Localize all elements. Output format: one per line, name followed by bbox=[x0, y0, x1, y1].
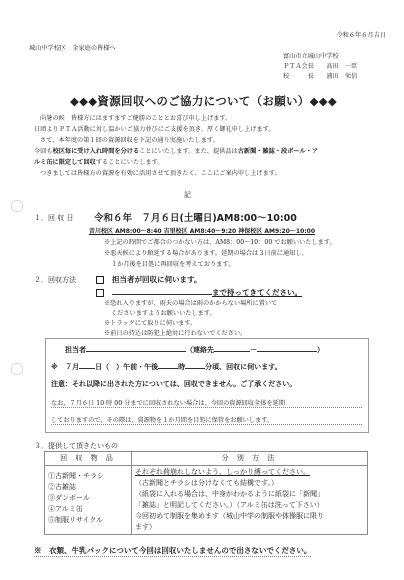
method-line: ます） bbox=[135, 522, 364, 533]
checkbox[interactable] bbox=[96, 289, 104, 297]
intro-line: 向暑の候 皆様方にはますますご健勝のこととお喜び申し上げます。 bbox=[40, 113, 231, 122]
section1-note: ※悪天候により順延する場合があります。延期の場合は３日前に通知し、 bbox=[104, 248, 308, 257]
items-table: 回 収 物 品 分 別 方 法 ①古新聞・チラシ ②古雑誌 ③ダンボール ④アル… bbox=[44, 451, 368, 535]
intro-line: ルミ缶に限定して回収することにいたします。 bbox=[34, 157, 163, 166]
table-header: 分 別 方 法 bbox=[132, 452, 368, 466]
intro-bold: 校区毎に受け入れ時間を分ける bbox=[53, 148, 140, 155]
item: ②古雑誌 bbox=[48, 482, 128, 493]
contact-close: ） bbox=[317, 346, 324, 354]
section2-note: ※前日の持込は防犯上絶対に行わないでください。 bbox=[104, 328, 246, 337]
staff-line: 担当者（連絡先－） bbox=[65, 344, 324, 355]
collection-date: 令和６年 ７月６日(土曜日)AM8:00～10:00 bbox=[94, 210, 297, 224]
footer-note: ※ 衣類、牛乳パックについて今回は回収いたしませんので出さないでください。 bbox=[34, 545, 311, 557]
section2-label: ２．回収方法 bbox=[34, 275, 76, 285]
method-line: （紙袋に入れる場合は、中身がわかるように紙袋に「新聞」 bbox=[135, 489, 364, 500]
intro-line: 日頃よりＰＴＡ活動に対し温かいご協力並びにご支援を頂き、厚く御礼申し上げます。 bbox=[34, 124, 275, 133]
section2-note: ※恐れ入りますが、雨天の場合は雨のかからない場所に置いて bbox=[104, 298, 277, 307]
contact-dash: － bbox=[250, 346, 257, 354]
minute-label: 分頃、回収に伺います。 bbox=[205, 363, 281, 371]
option-label: 担当者が回収に伺います。 bbox=[112, 275, 201, 284]
intro-text: ことにいたします。また、提供品は bbox=[139, 148, 238, 155]
caution-line: 注意：それ以降に出された方については、回収できません。ご了承ください。 bbox=[51, 379, 296, 389]
method-line: それぞれ荷崩れしないよう、しっかり縛ってください。 bbox=[135, 467, 364, 478]
hour-blank[interactable] bbox=[158, 361, 178, 369]
method-option-staff[interactable]: 担当者が回収に伺います。 bbox=[96, 274, 201, 285]
contact-blank-1[interactable] bbox=[214, 344, 250, 352]
staff-name-blank[interactable] bbox=[86, 344, 186, 352]
methods-cell: それぞれ荷崩れしないよう、しっかり縛ってください。 （古新聞とチラシは分けなくて… bbox=[132, 466, 368, 535]
section1-label: １．回 収 日 bbox=[34, 213, 73, 223]
section2-note: ※トラックにて取りに伺います。 bbox=[104, 318, 196, 327]
method-line: 今回初めて制服を集めます（城山中学の制服や体操服に限り bbox=[135, 511, 364, 522]
contact-label: （連絡先 bbox=[186, 346, 214, 354]
section1-note: ※上記の時間でご都合のつかない方は、AM8：00～10：00 でお願いいたします… bbox=[104, 237, 336, 246]
option-label: まで持ってきてください。 bbox=[212, 288, 302, 297]
section1-note: １か月後を目処に再回収を考えております。 bbox=[111, 259, 234, 268]
recipient: 城山中学校区 全家庭の皆様へ bbox=[29, 43, 116, 52]
contact-blank-2[interactable] bbox=[257, 344, 317, 352]
minute-blank[interactable] bbox=[185, 361, 205, 369]
method-line: 「雑誌」と明記してください。）（アルミ缶は洗って下さい） bbox=[135, 500, 364, 511]
intro-text: することにいたします。 bbox=[96, 159, 164, 166]
punch-hole-mark bbox=[11, 200, 23, 212]
intro-line: 今回も校区毎に受け入れ時間を分けることにいたします。また、提供品は古新聞・雑誌・… bbox=[34, 146, 318, 155]
checkbox[interactable] bbox=[96, 276, 104, 284]
box-note: しておりますので、その際は、資源物を１か月間を目処に保管をお願いします。 bbox=[51, 415, 362, 425]
hour-label: 時 bbox=[178, 363, 185, 371]
page-title: ◆◆◆資源回収へのご協力について（お願い）◆◆◆ bbox=[70, 93, 337, 109]
sender-principal: 校 長 浦田 栄信 bbox=[283, 71, 357, 80]
ki-heading: 記 bbox=[184, 190, 191, 200]
item: ④アルミ缶 bbox=[48, 504, 128, 515]
method-line: （古新聞とチラシは分けなくても結構です。） bbox=[135, 478, 364, 489]
day-label: 日（ ）午前・午後 bbox=[95, 363, 158, 371]
section2-note: くださいますようお願いいたします。 bbox=[111, 308, 216, 317]
intro-text: 今回も bbox=[34, 148, 53, 155]
method-option-dropoff[interactable]: まで持ってきてください。 bbox=[96, 286, 302, 298]
item: ①古新聞・チラシ bbox=[48, 471, 128, 482]
item: ③ダンボール bbox=[48, 493, 128, 504]
month-label: ７月 bbox=[65, 363, 79, 371]
table-header: 回 収 物 品 bbox=[45, 452, 132, 466]
table-row: ①古新聞・チラシ ②古雑誌 ③ダンボール ④アルミ缶 ⑤制服リサイクル それぞれ… bbox=[45, 466, 368, 535]
items-cell: ①古新聞・チラシ ②古雑誌 ③ダンボール ④アルミ缶 ⑤制服リサイクル bbox=[45, 466, 132, 535]
issue-date: 令和６年６月吉日 bbox=[337, 30, 387, 39]
day-blank[interactable] bbox=[79, 361, 95, 369]
pickup-time-line: ※ ７月日（ ）午前・午後時分頃、回収に伺います。 bbox=[51, 361, 282, 372]
intro-bold: 古新聞・雑誌・段ボール・ア bbox=[238, 148, 318, 155]
punch-hole-mark bbox=[11, 363, 23, 375]
staff-label: 担当者 bbox=[65, 346, 86, 354]
item: ⑤制服リサイクル bbox=[48, 515, 128, 526]
sender-school: 富山市立城山中学校 bbox=[283, 51, 339, 60]
section3-label: ３．提供して頂きたいもの bbox=[34, 441, 118, 451]
dropoff-location-blank[interactable] bbox=[112, 286, 212, 295]
intro-line: つきましては皆様方の資源を有効に活用させて頂きたく、ここにご案内申し上げます。 bbox=[40, 168, 281, 177]
intro-line: さて、本年度の第１回の資源回収を下記の通り実施いたします。 bbox=[40, 135, 219, 144]
district-schedule: 音川校区 AM8:00～8:40 吉里校区 AM8:40～9:20 神保校区 A… bbox=[89, 226, 315, 235]
sender-pta: ＰＴＡ会長 高田 一臣 bbox=[283, 61, 357, 70]
intro-bold: ルミ缶に限定して回収 bbox=[34, 159, 96, 166]
box-note: なお、７月６日 10 時 00 分までに回収されない場合は、今回の資源回収全体を… bbox=[51, 398, 362, 408]
table-header-row: 回 収 物 品 分 別 方 法 bbox=[45, 452, 368, 466]
note-mark: ※ bbox=[51, 363, 58, 371]
